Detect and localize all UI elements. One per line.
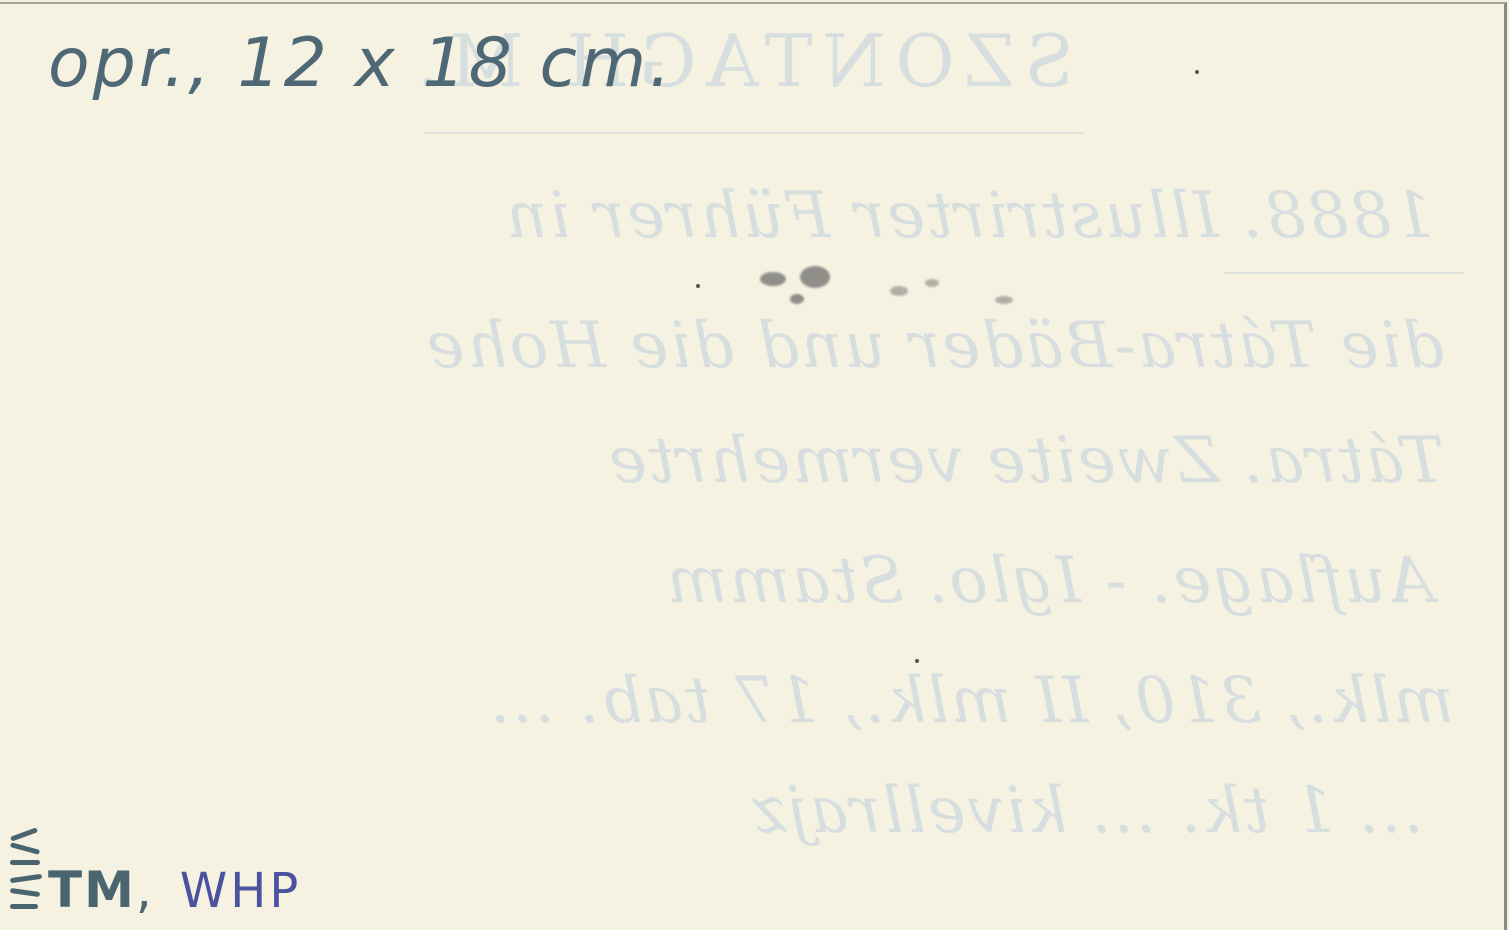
catalog-card: SZONTAGH M. 1888. Illustrirter Führer in…: [0, 2, 1507, 930]
signature-mark-icon: [6, 824, 46, 919]
bleed-line-title: 1888. Illustrirter Führer in: [504, 179, 1434, 253]
ink-smudge: [925, 279, 939, 287]
bleed-line: Auflage. - Iglo. Stamm: [665, 544, 1434, 618]
initials-separator: ,: [136, 861, 152, 919]
ink-smudge: [890, 286, 908, 296]
speck: [696, 284, 700, 288]
cataloger-initials: TM , WHP: [6, 824, 301, 919]
bleed-line: mlk., 310, II mlk., 17 tab. ...: [488, 664, 1454, 738]
initials-secondary: WHP: [180, 863, 302, 919]
ink-smudge: [995, 296, 1013, 304]
ink-smudge: [760, 272, 786, 286]
bleed-through-text: SZONTAGH M. 1888. Illustrirter Führer in…: [0, 4, 1504, 930]
ink-smudge: [790, 294, 804, 304]
dimensions-note: opr., 12 x 18 cm.: [48, 24, 674, 103]
initials-primary: TM: [48, 861, 136, 919]
bleed-rule: [1224, 272, 1464, 274]
speck: [1195, 70, 1199, 74]
speck: [915, 659, 919, 663]
bleed-line: ... 1 tk. ... kivellrajz: [750, 774, 1424, 848]
ink-smudge: [800, 266, 830, 288]
bleed-line: die Tátra-Bäder und die Hohe: [425, 309, 1444, 383]
bleed-line: Tátra. Zweite vermehrte: [607, 424, 1444, 498]
bleed-rule: [424, 132, 1084, 134]
